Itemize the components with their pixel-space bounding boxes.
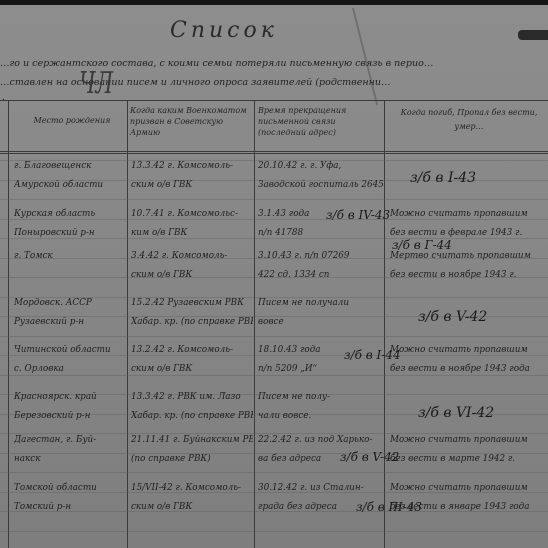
cell-status: Можно считать пропавшим xyxy=(390,340,548,360)
records-table: Место рождения Когда каким Военкоматом п… xyxy=(0,100,548,548)
paper-ruling-line xyxy=(0,472,548,473)
cell-last-contact: 22.2.42 г. из под Харько- xyxy=(258,430,383,450)
header-birthplace: Место рождения xyxy=(22,114,122,128)
cell-last-contact: п/п 41788 xyxy=(258,223,383,243)
cell-drafted: Хабар. кр. (по справке РВК) xyxy=(131,406,253,426)
margin-initials: ЧЛ xyxy=(79,66,113,101)
cell-last-contact: Писем не полу- xyxy=(258,387,383,407)
cell-drafted: Хабар. кр. (по справке РВК) xyxy=(131,312,253,332)
cell-birthplace: Читинской области xyxy=(14,340,126,360)
cell-last-contact: 3.10.43 г. п/п 07269 xyxy=(258,246,383,266)
column-line-2 xyxy=(254,100,255,548)
cell-last-contact: Писем не получали xyxy=(258,293,383,313)
ink-stamp xyxy=(518,30,548,40)
cell-birthplace: Красноярск. край xyxy=(14,387,126,407)
column-line-0 xyxy=(8,100,9,548)
column-line-1 xyxy=(127,100,128,548)
cell-drafted: 3.4.42 г. Комсомоль- xyxy=(131,246,253,266)
cell-drafted: ским о/в ГВК xyxy=(131,265,253,285)
cell-last-contact: чали вовсе. xyxy=(258,406,383,426)
cell-birthplace: Мордовск. АССР xyxy=(14,293,126,313)
document-title: Список xyxy=(170,18,278,43)
cell-status: без вести в марте 1942 г. xyxy=(390,449,548,469)
paper-ruling-line xyxy=(0,336,548,337)
annotation-mark: з/б в V-42 xyxy=(418,309,487,325)
cell-drafted: 10.7.41 г. Комсомольс- xyxy=(131,204,253,224)
cell-drafted: ским о/в ГВК xyxy=(131,175,253,195)
intro-line-1: …го и сержантского состава, с коими семь… xyxy=(0,58,433,69)
header-last-contact: Время прекращения письменной связи (посл… xyxy=(258,105,382,138)
cell-birthplace: Курская область xyxy=(14,204,126,224)
cell-status: без вести в ноябре 1943 г. xyxy=(390,265,548,285)
cell-status: Можно считать пропавшим xyxy=(390,478,548,498)
scan-top-edge xyxy=(0,0,548,5)
header-drafted: Когда каким Военкоматом призван в Советс… xyxy=(130,105,252,138)
cell-status: без вести в ноябре 1943 года xyxy=(390,359,548,379)
annotation-mark: з/б в I-44 xyxy=(344,348,401,362)
cell-drafted: (по справке РВК) xyxy=(131,449,253,469)
cell-last-contact: Заводской госпиталь 2645 xyxy=(258,175,383,195)
annotation-mark: з/б в I-43 xyxy=(410,170,476,186)
annotation-mark: з/б в V-42 xyxy=(340,450,399,464)
cell-drafted: 13.3.42 г. Комсомоль- xyxy=(131,156,253,176)
cell-drafted: 15.2.42 Рузаевским РВК xyxy=(131,293,253,313)
header-bottom-line-2 xyxy=(0,153,548,154)
paper-ruling-line xyxy=(0,531,548,532)
paper-ruling-line xyxy=(0,199,548,200)
cell-birthplace: г. Томск xyxy=(14,246,126,266)
cell-drafted: 15/VII-42 г. Комсомоль- xyxy=(131,478,253,498)
table-border-top xyxy=(0,100,548,101)
cell-birthplace: Томской области xyxy=(14,478,126,498)
paper-fold xyxy=(352,8,378,106)
cell-status: Можно считать пропавшим xyxy=(390,430,548,450)
cell-birthplace: Березовский р-н xyxy=(14,406,126,426)
cell-last-contact: 30.12.42 г. из Сталин- xyxy=(258,478,383,498)
annotation-mark: з/б в VI-42 xyxy=(418,405,494,421)
cell-drafted: ским о/в ГВК xyxy=(131,359,253,379)
cell-birthplace: накск xyxy=(14,449,126,469)
cell-last-contact: 422 сд. 1334 сп xyxy=(258,265,383,285)
cell-status: Можно считать пропавшим xyxy=(390,204,548,224)
column-line-3 xyxy=(384,100,385,548)
header-bottom-line xyxy=(0,151,548,152)
cell-last-contact: п/п 5209 „И“ xyxy=(258,359,383,379)
cell-drafted: 13.2.42 г. Комсомоль- xyxy=(131,340,253,360)
annotation-mark: з/б в III-43 xyxy=(356,500,422,514)
cell-birthplace: Томский р-н xyxy=(14,497,126,517)
cell-drafted: 13.3.42 г. РВК им. Лазо xyxy=(131,387,253,407)
annotation-mark: з/б в IV-43 xyxy=(326,208,390,222)
header-status: Когда погиб, Пропал без вести, умер… xyxy=(390,106,548,134)
cell-birthplace: Амурской области xyxy=(14,175,126,195)
cell-drafted: 21.11.41 г. Буйнакским РВК xyxy=(131,430,253,450)
cell-birthplace: Дагестан, г. Буй- xyxy=(14,430,126,450)
cell-last-contact: вовсе xyxy=(258,312,383,332)
cell-birthplace: Рузаевский р-н xyxy=(14,312,126,332)
cell-birthplace: Поныровский р-н xyxy=(14,223,126,243)
cell-birthplace: с. Орловка xyxy=(14,359,126,379)
cell-drafted: ким о/в ГВК xyxy=(131,223,253,243)
annotation-mark: з/б в Г-44 xyxy=(392,238,452,252)
cell-birthplace: г. Благовещенск xyxy=(14,156,126,176)
cell-last-contact: 20.10.42 г. г. Уфа, xyxy=(258,156,383,176)
intro-line-2: …ставлен на основании писем и личного оп… xyxy=(0,77,390,88)
cell-drafted: ским о/в ГВК xyxy=(131,497,253,517)
